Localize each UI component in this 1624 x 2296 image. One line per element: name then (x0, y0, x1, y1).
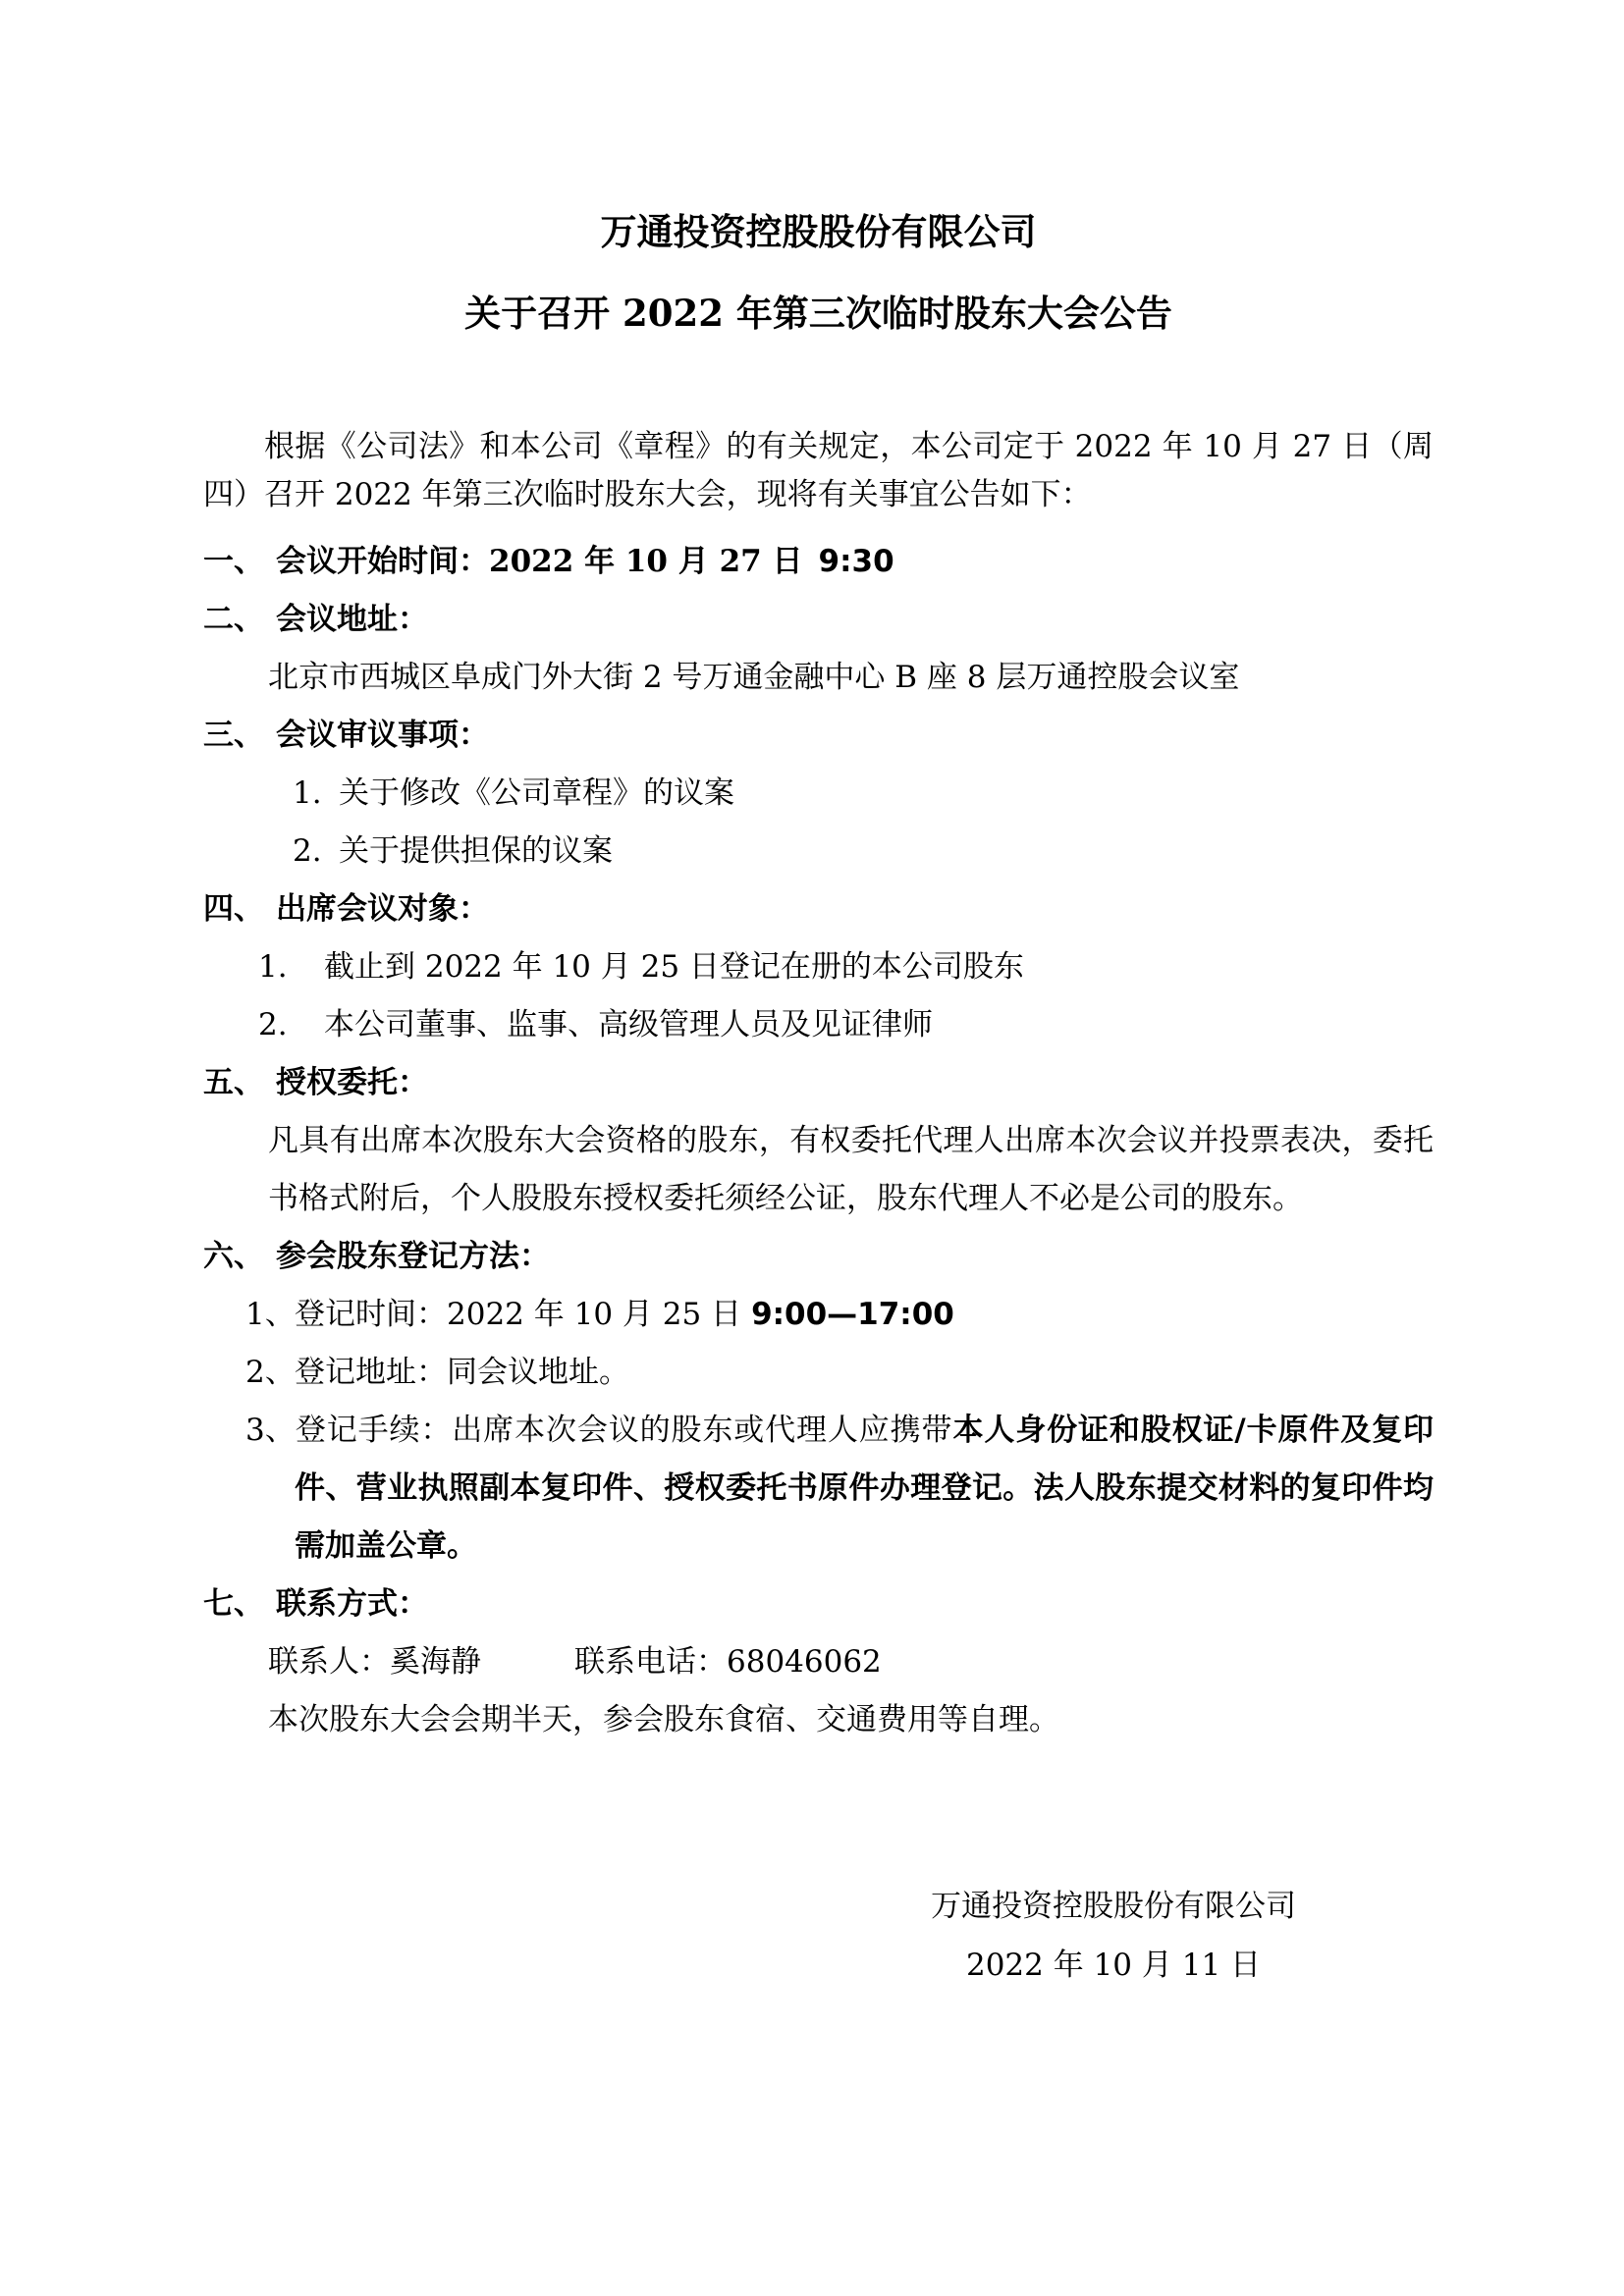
contact-line: 联系人：奚海静联系电话：68046062 (268, 1633, 1434, 1691)
contact-phone-label: 联系电话： (574, 1644, 727, 1680)
section-4-label: 出席会议对象： (276, 891, 489, 927)
doc-title-line1: 万通投资控股股份有限公司 (203, 208, 1434, 255)
agenda-item-1: 1.关于修改《公司章程》的议案 (293, 765, 1434, 823)
signature-block: 万通投资控股股份有限公司 2022 年 10 月 11 日 (931, 1877, 1296, 1995)
contact-person-label: 联系人： (268, 1644, 390, 1680)
registration-item-3-text: 登记手续：出席本次会议的股东或代理人应携带 (295, 1413, 952, 1448)
contact-person-name: 奚海静 (390, 1644, 481, 1680)
document-content: 万通投资控股股份有限公司 关于召开 2022 年第三次临时股东大会公告 根据《公… (0, 0, 1624, 1995)
section-2-heading: 二、会议地址： (203, 591, 1434, 649)
intro-paragraph: 根据《公司法》和本公司《章程》的有关规定，本公司定于 2022 年 10 月 2… (203, 423, 1434, 519)
agenda-item-2-text: 关于提供担保的议案 (339, 833, 613, 869)
section-7-number: 七、 (203, 1586, 264, 1622)
section-5-number: 五、 (203, 1065, 264, 1100)
attendee-item-1-number: 1. (258, 938, 324, 996)
section-7-heading: 七、联系方式： (203, 1575, 1434, 1633)
section-3-heading: 三、会议审议事项： (203, 707, 1434, 765)
doc-title-line2: 关于召开 2022 年第三次临时股东大会公告 (203, 290, 1434, 337)
agenda-item-1-number: 1. (293, 765, 339, 823)
agenda-item-2-number: 2. (293, 823, 339, 881)
attendee-item-1-text: 截止到 2022 年 10 月 25 日登记在册的本公司股东 (324, 949, 1024, 985)
section-5-label: 授权委托： (276, 1065, 428, 1100)
expense-note: 本次股东大会会期半天，参会股东食宿、交通费用等自理。 (268, 1691, 1434, 1749)
section-2-number: 二、 (203, 602, 264, 637)
contact-phone-number: 68046062 (727, 1644, 882, 1680)
signature-date: 2022 年 10 月 11 日 (931, 1936, 1296, 1995)
registration-item-1-number: 1、 (245, 1286, 295, 1344)
registration-time-range: 9:00—17:00 (751, 1297, 954, 1332)
registration-item-2: 2、登记地址：同会议地址。 (203, 1344, 1434, 1402)
section-7-label: 联系方式： (276, 1586, 428, 1622)
section-3-label: 会议审议事项： (276, 718, 489, 753)
agenda-item-1-text: 关于修改《公司章程》的议案 (339, 775, 734, 811)
section-4-heading: 四、出席会议对象： (203, 881, 1434, 938)
registration-item-2-text: 登记地址：同会议地址。 (295, 1355, 629, 1390)
section-1-number: 一、 (203, 544, 264, 579)
section-6-heading: 六、参会股东登记方法： (203, 1228, 1434, 1286)
section-4-number: 四、 (203, 891, 264, 927)
section-2-label: 会议地址： (276, 602, 428, 637)
registration-item-1: 1、登记时间：2022 年 10 月 25 日9:00—17:00 (203, 1286, 1434, 1344)
section-6-label: 参会股东登记方法： (276, 1239, 550, 1274)
meeting-address: 北京市西城区阜成门外大街 2 号万通金融中心 B 座 8 层万通控股会议室 (268, 649, 1434, 707)
registration-date: 2022 年 10 月 25 日 (447, 1297, 741, 1332)
meeting-start-date: 2022 年 10 月 27 日 (489, 544, 803, 579)
section-5-heading: 五、授权委托： (203, 1054, 1434, 1112)
attendee-item-2-number: 2. (258, 996, 324, 1054)
signature-company: 万通投资控股股份有限公司 (931, 1877, 1296, 1936)
attendee-item-1: 1.截止到 2022 年 10 月 25 日登记在册的本公司股东 (258, 938, 1434, 996)
attendee-item-2: 2.本公司董事、监事、高级管理人员及见证律师 (258, 996, 1434, 1054)
meeting-start-time: 9:30 (819, 544, 894, 579)
registration-time-label: 登记时间： (295, 1297, 447, 1332)
registration-item-3: 3、登记手续：出席本次会议的股东或代理人应携带本人身份证和股权证/卡原件及复印件… (203, 1402, 1434, 1575)
section-1-label: 会议开始时间： (276, 544, 489, 579)
attendee-item-2-text: 本公司董事、监事、高级管理人员及见证律师 (324, 1007, 933, 1042)
proxy-paragraph: 凡具有出席本次股东大会资格的股东，有权委托代理人出席本次会议并投票表决，委托书格… (268, 1112, 1434, 1228)
section-3-number: 三、 (203, 718, 264, 753)
registration-item-3-number: 3、 (245, 1402, 295, 1460)
section-6-number: 六、 (203, 1239, 264, 1274)
document-page: 万通投资控股股份有限公司 关于召开 2022 年第三次临时股东大会公告 根据《公… (0, 0, 1624, 2296)
agenda-item-2: 2.关于提供担保的议案 (293, 823, 1434, 881)
section-1-heading: 一、会议开始时间：2022 年 10 月 27 日9:30 (203, 533, 1434, 591)
registration-item-2-number: 2、 (245, 1344, 295, 1402)
